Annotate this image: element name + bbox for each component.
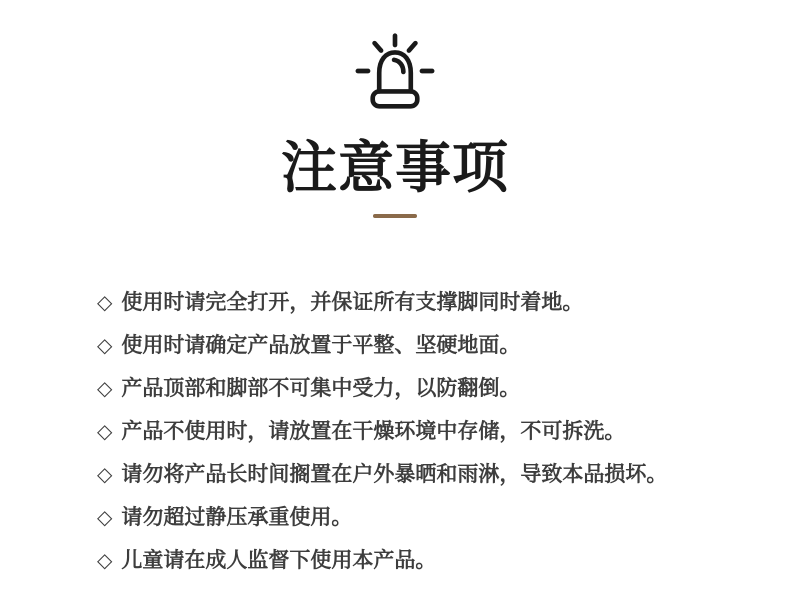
notice-text: 产品不使用时，请放置在干燥环境中存储，不可拆洗。 xyxy=(121,421,625,442)
siren-icon xyxy=(346,32,444,110)
notice-list: ◇ 使用时请完全打开，并保证所有支撑脚同时着地。 ◇ 使用时请确定产品放置于平整… xyxy=(0,292,790,572)
diamond-bullet-icon: ◇ xyxy=(97,551,112,572)
title-divider xyxy=(373,214,417,218)
page-title: 注意事项 xyxy=(0,140,790,196)
notice-text: 使用时请确定产品放置于平整、坚硬地面。 xyxy=(121,335,520,356)
notice-item: ◇ 儿童请在成人监督下使用本产品。 xyxy=(97,550,750,572)
diamond-bullet-icon: ◇ xyxy=(97,508,112,529)
diamond-bullet-icon: ◇ xyxy=(97,293,112,314)
notice-text: 儿童请在成人监督下使用本产品。 xyxy=(121,550,436,571)
notice-item: ◇ 使用时请完全打开，并保证所有支撑脚同时着地。 xyxy=(97,292,750,314)
notice-text: 请勿超过静压承重使用。 xyxy=(121,507,352,528)
notice-item: ◇ 产品顶部和脚部不可集中受力，以防翻倒。 xyxy=(97,378,750,400)
siren-icon-svg xyxy=(346,32,444,110)
notice-text: 请勿将产品长时间搁置在户外暴晒和雨淋，导致本品损坏。 xyxy=(121,464,667,485)
notice-item: ◇ 使用时请确定产品放置于平整、坚硬地面。 xyxy=(97,335,750,357)
precautions-section: 注意事项 ◇ 使用时请完全打开，并保证所有支撑脚同时着地。 ◇ 使用时请确定产品… xyxy=(0,0,790,613)
notice-text: 产品顶部和脚部不可集中受力，以防翻倒。 xyxy=(121,378,520,399)
diamond-bullet-icon: ◇ xyxy=(97,465,112,486)
notice-item: ◇ 请勿将产品长时间搁置在户外暴晒和雨淋，导致本品损坏。 xyxy=(97,464,750,486)
diamond-bullet-icon: ◇ xyxy=(97,422,112,443)
diamond-bullet-icon: ◇ xyxy=(97,379,112,400)
diamond-bullet-icon: ◇ xyxy=(97,336,112,357)
notice-item: ◇ 产品不使用时，请放置在干燥环境中存储，不可拆洗。 xyxy=(97,421,750,443)
notice-text: 使用时请完全打开，并保证所有支撑脚同时着地。 xyxy=(121,292,583,313)
notice-item: ◇ 请勿超过静压承重使用。 xyxy=(97,507,750,529)
